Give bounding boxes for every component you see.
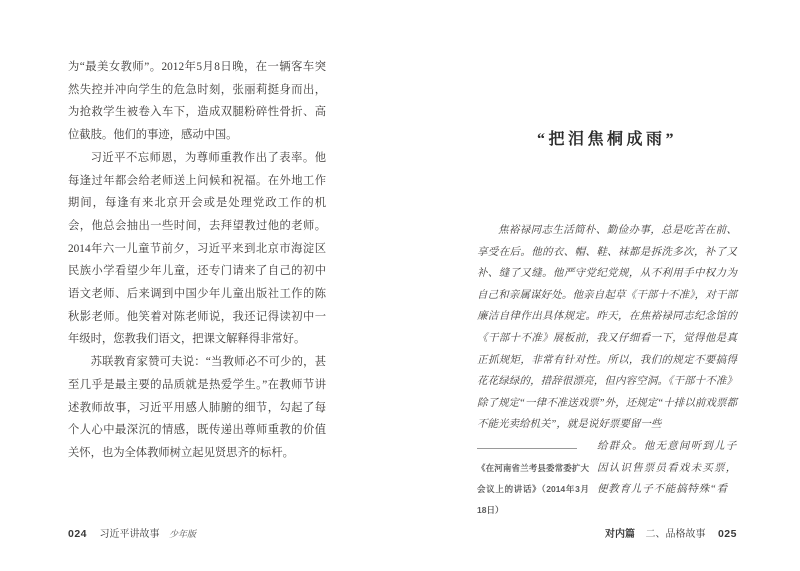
quote-text-full-width: 焦裕禄同志生活简朴、勤俭办事，总是吃苦在前、享受在后。他的衣、帽、鞋、袜都是拆洗…: [477, 220, 737, 436]
paragraph-zankov-quote: 苏联教育家赞可夫说：“当教师必不可少的，甚至几乎是最主要的品质就是热爱学生。”在…: [68, 351, 326, 465]
left-page-body: 为“最美女教师”。2012年5月8日晚，在一辆客车突然失控并冲向学生的危急时刻，…: [68, 56, 326, 465]
right-page-number: 025: [718, 528, 737, 540]
quote-text-narrow-column: 给群众。他无意间听到儿子因认识售票员看戏未买票，便教育儿子不能搞特殊“看: [597, 436, 737, 501]
paragraph-zhang-lili: 为“最美女教师”。2012年5月8日晚，在一辆客车突然失控并冲向学生的危急时刻，…: [68, 56, 326, 147]
left-page-footer: 024 习近平讲故事 少年版: [68, 527, 196, 542]
left-page-number: 024: [68, 528, 87, 540]
citation-divider: [477, 448, 577, 449]
citation-block: 《在河南省兰考县委常委扩大会议上的讲话》（2014年3月18日）: [477, 448, 589, 521]
right-page-footer: 对内篇 二、品格故事 025: [605, 527, 737, 542]
citation-source: 《在河南省兰考县委常委扩大会议上的讲话》（2014年3月18日）: [477, 458, 589, 521]
section-label: 对内篇: [605, 529, 635, 540]
chapter-title: “把泪焦桐成雨”: [477, 126, 737, 149]
paragraph-respect-teachers: 习近平不忘师恩，为尊师重教作出了表率。他每逢过年都会给老师送上问候和祝福。在外地…: [68, 147, 326, 351]
chapter-label: 二、品格故事: [645, 529, 705, 540]
book-edition: 少年版: [169, 529, 196, 539]
book-title: 习近平讲故事: [100, 529, 160, 540]
book-spread: 为“最美女教师”。2012年5月8日晚，在一辆客车突然失控并冲向学生的危急时刻，…: [0, 0, 800, 571]
